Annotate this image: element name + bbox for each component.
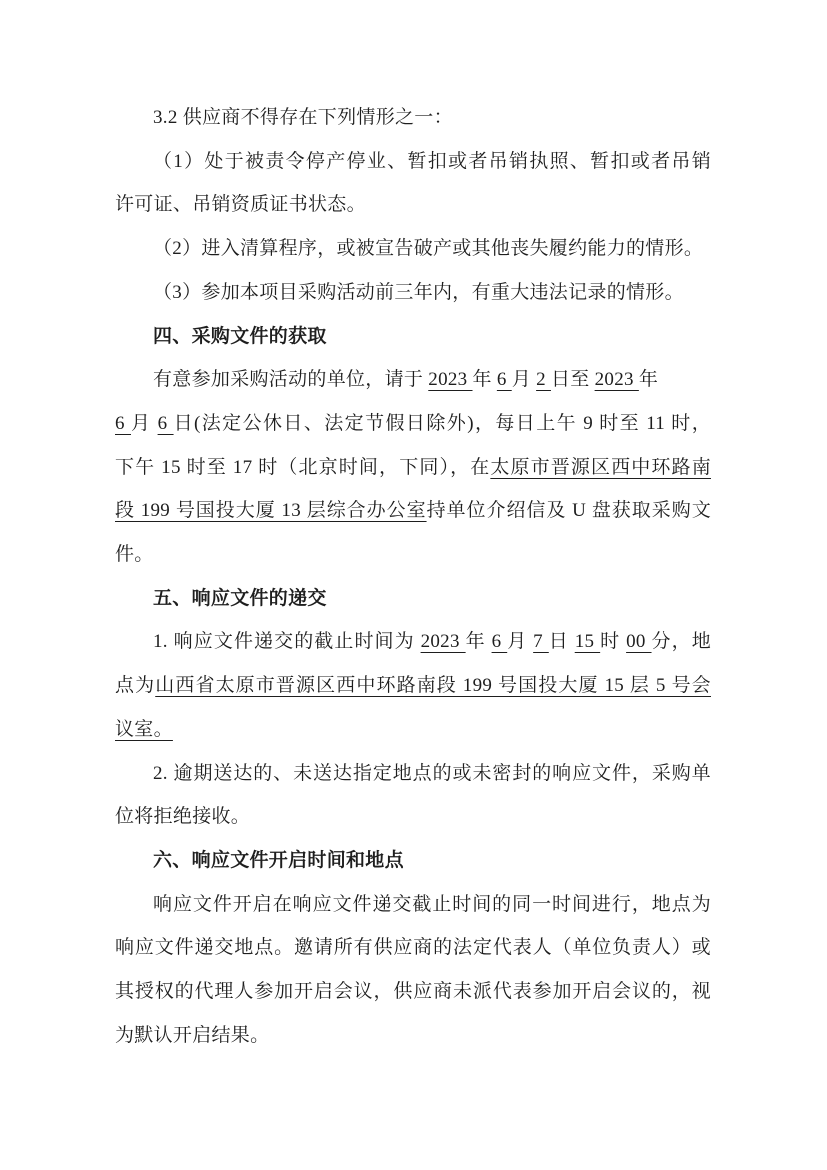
text-line: 6 月 6 日(法定公休日、法定节假日除外)，每日上午 9 时至 11 时， — [115, 402, 711, 446]
text-line: 下午 15 时至 17 时（北京时间，下同），在太原市晋源区西中环路南 — [115, 446, 711, 490]
underlined-fill-in-text: 2023 — [421, 631, 466, 652]
text-line: （2）进入清算程序，或被宣告破产或其他丧失履约能力的情形。 — [115, 227, 711, 271]
text-line: 1. 响应文件递交的截止时间为 2023 年 6 月 7 日 15 时 00 分… — [115, 620, 711, 664]
text-line: 点为山西省太原市晋源区西中环路南段 199 号国投大厦 15 层 5 号会 — [115, 664, 711, 708]
text-segment: 日至 — [551, 369, 595, 390]
underlined-fill-in-text: 6 — [115, 413, 131, 434]
text-line: 有意参加采购活动的单位，请于 2023 年 6 月 2 日至 2023 年 — [115, 358, 711, 402]
section-heading: 五、响应文件的递交 — [115, 577, 711, 621]
underlined-fill-in-text: 段 199 号国投大厦 13 层综合办公室 — [115, 500, 427, 521]
text-segment: 件。 — [115, 544, 154, 565]
underlined-fill-in-text: 山西省太原市晋源区西中环路南段 199 号国投大厦 15 层 5 号会 — [155, 675, 711, 696]
section-heading: 四、采购文件的获取 — [115, 315, 711, 359]
text-line: 2. 逾期送达的、未送达指定地点的或未密封的响应文件，采购单 — [115, 752, 711, 796]
text-segment: 3.2 供应商不得存在下列情形之一： — [153, 107, 453, 128]
document-content: 3.2 供应商不得存在下列情形之一：（1）处于被责令停产停业、暂扣或者吊销执照、… — [115, 96, 711, 1057]
underlined-fill-in-text: 7 — [533, 631, 549, 652]
text-line: （3）参加本项目采购活动前三年内，有重大违法记录的情形。 — [115, 271, 711, 315]
text-segment: 年 — [639, 369, 658, 390]
text-segment: 四、采购文件的获取 — [153, 326, 327, 347]
underlined-fill-in-text: 15 — [575, 631, 600, 652]
text-segment: 点为 — [115, 675, 155, 696]
text-segment: 分，地 — [652, 631, 711, 652]
text-segment: （2）进入清算程序，或被宣告破产或其他丧失履约能力的情形。 — [153, 238, 703, 259]
text-line: 议室。 — [115, 708, 711, 752]
text-segment: 月 — [131, 413, 158, 434]
text-segment: 响应文件开启在响应文件递交截止时间的同一时间进行，地点为 — [153, 894, 711, 915]
text-segment: 响应文件递交地点。邀请所有供应商的法定代表人（单位负责人）或 — [115, 937, 711, 958]
text-line: 为默认开启结果。 — [115, 1014, 711, 1058]
text-line: 位将拒绝接收。 — [115, 795, 711, 839]
text-segment: 其授权的代理人参加开启会议，供应商未派代表参加开启会议的，视 — [115, 981, 711, 1002]
text-segment: 1. 响应文件递交的截止时间为 — [153, 631, 421, 652]
text-segment: 为默认开启结果。 — [115, 1025, 269, 1046]
text-segment: 六、响应文件开启时间和地点 — [153, 850, 404, 871]
text-segment: 五、响应文件的递交 — [153, 588, 327, 609]
text-segment: 日 — [549, 631, 575, 652]
text-segment: 年 — [473, 369, 497, 390]
text-line: 件。 — [115, 533, 711, 577]
underlined-fill-in-text: 2023 — [595, 369, 639, 390]
underlined-fill-in-text: 2 — [536, 369, 551, 390]
text-segment: （1）处于被责令停产停业、暂扣或者吊销执照、暂扣或者吊销 — [153, 151, 711, 172]
text-line: 3.2 供应商不得存在下列情形之一： — [115, 96, 711, 140]
text-segment: 下午 15 时至 17 时（北京时间，下同），在 — [115, 457, 490, 478]
text-segment: 持单位介绍信及 U 盘获取采购文 — [427, 500, 711, 521]
underlined-fill-in-text: 6 — [492, 631, 508, 652]
text-segment: 有意参加采购活动的单位，请于 — [153, 369, 428, 390]
text-line: 响应文件开启在响应文件递交截止时间的同一时间进行，地点为 — [115, 883, 711, 927]
text-line: 响应文件递交地点。邀请所有供应商的法定代表人（单位负责人）或 — [115, 926, 711, 970]
text-line: 其授权的代理人参加开启会议，供应商未派代表参加开启会议的，视 — [115, 970, 711, 1014]
underlined-fill-in-text: 00 — [626, 631, 651, 652]
text-segment: 许可证、吊销资质证书状态。 — [115, 194, 366, 215]
text-segment: 年 — [466, 631, 492, 652]
text-line: 许可证、吊销资质证书状态。 — [115, 183, 711, 227]
underlined-fill-in-text: 2023 — [428, 369, 472, 390]
text-segment: 2. 逾期送达的、未送达指定地点的或未密封的响应文件，采购单 — [153, 763, 711, 784]
text-segment: 时 — [600, 631, 626, 652]
document-page: 3.2 供应商不得存在下列情形之一：（1）处于被责令停产停业、暂扣或者吊销执照、… — [0, 0, 827, 1170]
underlined-fill-in-text: 议室。 — [115, 719, 173, 740]
text-segment: 位将拒绝接收。 — [115, 806, 250, 827]
text-segment: 月 — [507, 631, 533, 652]
underlined-fill-in-text: 6 — [497, 369, 512, 390]
text-line: 段 199 号国投大厦 13 层综合办公室持单位介绍信及 U 盘获取采购文 — [115, 489, 711, 533]
underlined-fill-in-text: 6 — [158, 413, 174, 434]
text-segment: （3）参加本项目采购活动前三年内，有重大违法记录的情形。 — [153, 282, 684, 303]
text-segment: 日(法定公休日、法定节假日除外)，每日上午 9 时至 11 时， — [174, 413, 711, 434]
text-segment: 月 — [512, 369, 536, 390]
underlined-fill-in-text: 太原市晋源区西中环路南 — [490, 457, 711, 478]
section-heading: 六、响应文件开启时间和地点 — [115, 839, 711, 883]
text-line: （1）处于被责令停产停业、暂扣或者吊销执照、暂扣或者吊销 — [115, 140, 711, 184]
